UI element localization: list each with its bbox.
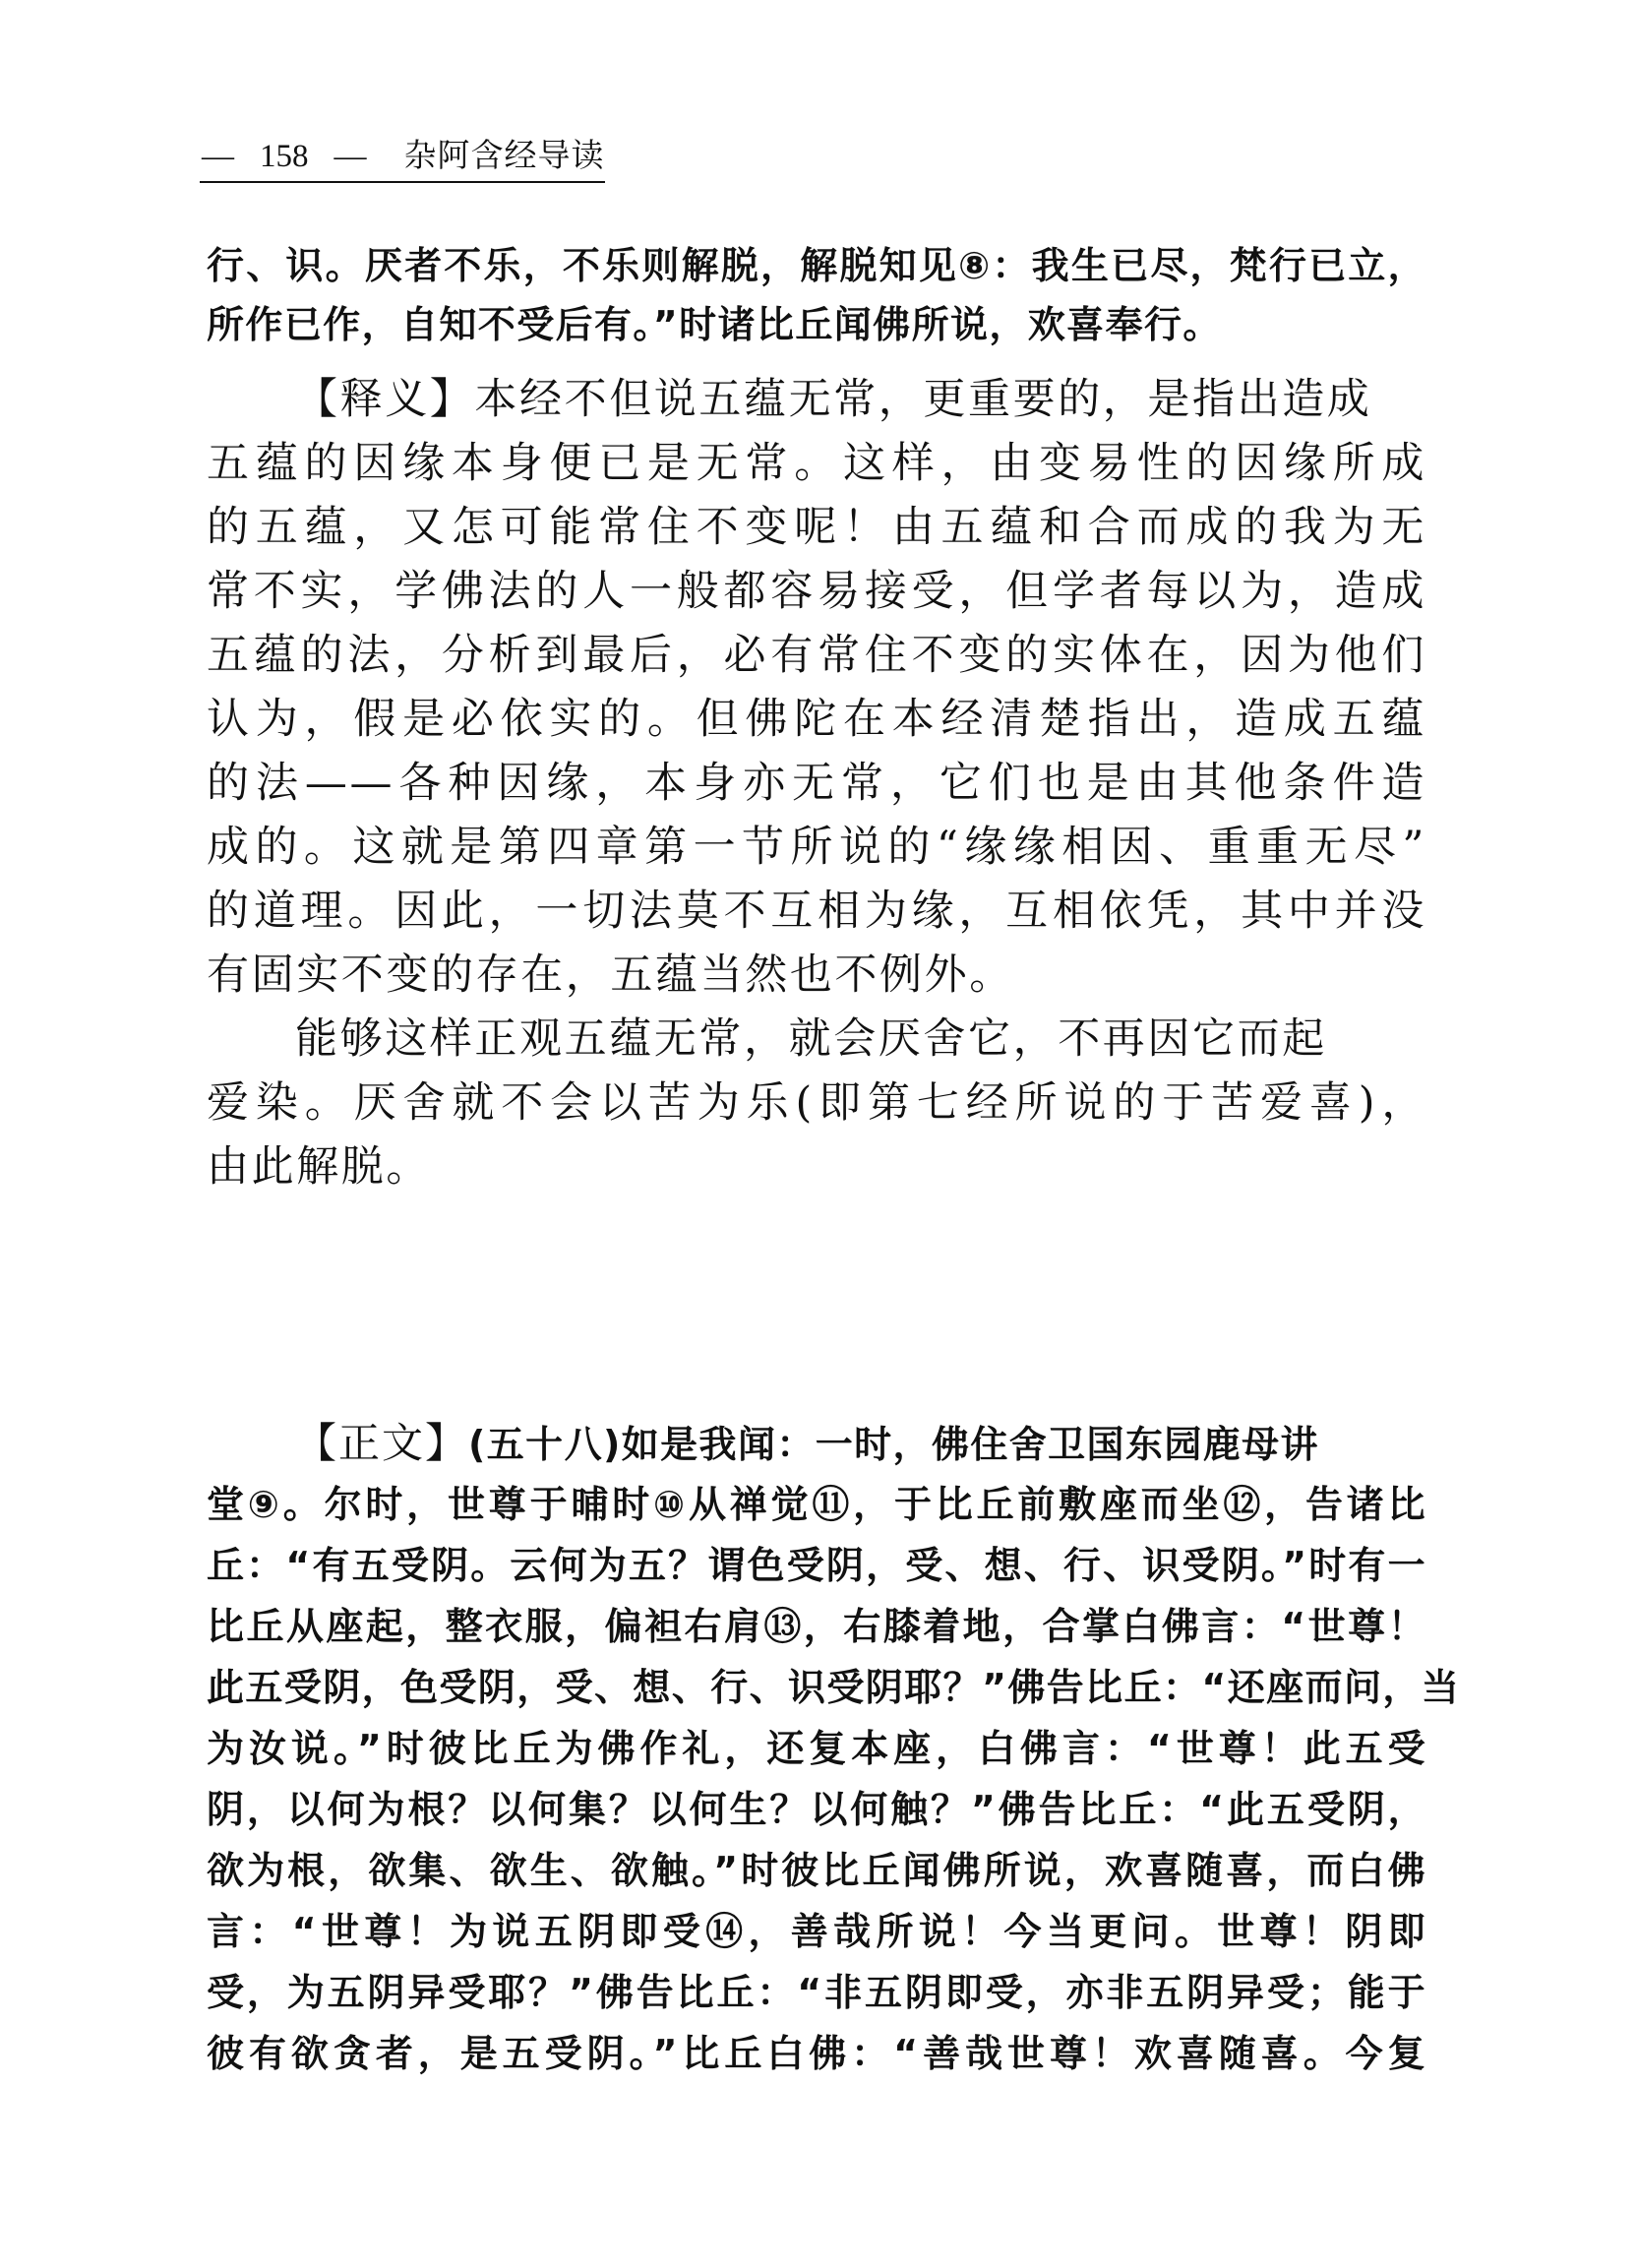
scripture-line-2: 堂⑨。尔时，世尊于晡时⑩从禅觉⑪，于比丘前敷座而坐⑫，告诸比 bbox=[207, 1475, 1426, 1534]
header-dash-left: — bbox=[202, 139, 234, 174]
commentary-line-2: 五蕴的因缘本身便已是无常。这样，由变易性的因缘所成 bbox=[207, 434, 1426, 493]
commentary-line-1: 本经不但说五蕴无常，更重要的，是指出造成 bbox=[474, 375, 1371, 424]
scripture-label: 【正文】 bbox=[295, 1419, 468, 1467]
commentary-line-10: 有固实不变的存在，五蕴当然也不例外。 bbox=[207, 946, 1426, 1005]
commentary-label: 【释义】 bbox=[295, 375, 474, 424]
commentary-line-6: 认为，假是必依实的。但佛陀在本经清楚指出，造成五蕴 bbox=[207, 690, 1426, 749]
commentary-line-3: 的五蕴，又怎可能常住不变呢！由五蕴和合而成的我为无 bbox=[207, 498, 1426, 557]
header-underline bbox=[200, 181, 605, 183]
scripture-line-1: (五十八)如是我闻：一时，佛住舍卫国东园鹿母讲 bbox=[468, 1423, 1319, 1466]
page-number: 158 bbox=[260, 139, 309, 174]
commentary-line-8: 成的。这就是第四章第一节所说的“缘缘相因、重重无尽” bbox=[207, 818, 1426, 877]
commentary-p2-line-1: 能够这样正观五蕴无常，就会厌舍它，不再因它而起 bbox=[295, 1010, 1426, 1069]
header-dash-right: — bbox=[334, 139, 367, 174]
commentary-line-9: 的道理。因此，一切法莫不互相为缘，互相依凭，其中并没 bbox=[207, 882, 1426, 941]
scripture-line-7: 阴，以何为根？以何集？以何生？以何触？”佛告比丘：“此五受阴， bbox=[207, 1780, 1426, 1839]
book-title: 杂阿含经导读 bbox=[404, 139, 605, 174]
scripture-line-11: 彼有欲贪者，是五受阴。”比丘白佛：“善哉世尊！欢喜随喜。今复 bbox=[207, 2024, 1426, 2083]
book-page: —158—杂阿含经导读 行、识。厌者不乐，不乐则解脱，解脱知见⑧：我生已尽，梵行… bbox=[0, 0, 1637, 2268]
commentary-first-line: 【释义】本经不但说五蕴无常，更重要的，是指出造成 bbox=[295, 370, 1426, 429]
scripture-line-6: 为汝说。”时彼比丘为佛作礼，还复本座，白佛言：“世尊！此五受 bbox=[207, 1719, 1426, 1778]
commentary-line-7: 的法——各种因缘，本身亦无常，它们也是由其他条件造 bbox=[207, 754, 1426, 813]
commentary-line-5: 五蕴的法，分析到最后，必有常住不变的实体在，因为他们 bbox=[207, 626, 1426, 685]
scripture-line-5: 此五受阴，色受阴，受、想、行、识受阴耶？”佛告比丘：“还座而问，当 bbox=[207, 1658, 1426, 1717]
scripture-first-line: 【正文】(五十八)如是我闻：一时，佛住舍卫国东园鹿母讲 bbox=[295, 1414, 1426, 1473]
scripture-line-3: 丘：“有五受阴。云何为五？谓色受阴，受、想、行、识受阴。”时有一 bbox=[207, 1536, 1426, 1595]
continuation-line-1: 行、识。厌者不乐，不乐则解脱，解脱知见⑧：我生已尽，梵行已立， bbox=[207, 236, 1426, 295]
commentary-line-4: 常不实，学佛法的人一般都容易接受，但学者每以为，造成 bbox=[207, 562, 1426, 621]
scripture-line-9: 言：“世尊！为说五阴即受⑭，善哉所说！今当更问。世尊！阴即 bbox=[207, 1902, 1426, 1961]
commentary-p2-line-3: 由此解脱。 bbox=[207, 1137, 1426, 1196]
scripture-line-8: 欲为根，欲集、欲生、欲触。”时彼比丘闻佛所说，欢喜随喜，而白佛 bbox=[207, 1841, 1426, 1900]
scripture-line-4: 比丘从座起，整衣服，偏袒右肩⑬，右膝着地，合掌白佛言：“世尊！ bbox=[207, 1597, 1426, 1656]
running-header: —158—杂阿含经导读 bbox=[202, 130, 605, 179]
scripture-line-10: 受，为五阴异受耶？”佛告比丘：“非五阴即受，亦非五阴异受；能于 bbox=[207, 1963, 1426, 2022]
continuation-line-2: 所作已作，自知不受后有。”时诸比丘闻佛所说，欢喜奉行。 bbox=[207, 295, 1426, 354]
commentary-p2-line-2: 爱染。厌舍就不会以苦为乐(即第七经所说的于苦爱喜)， bbox=[207, 1073, 1426, 1133]
